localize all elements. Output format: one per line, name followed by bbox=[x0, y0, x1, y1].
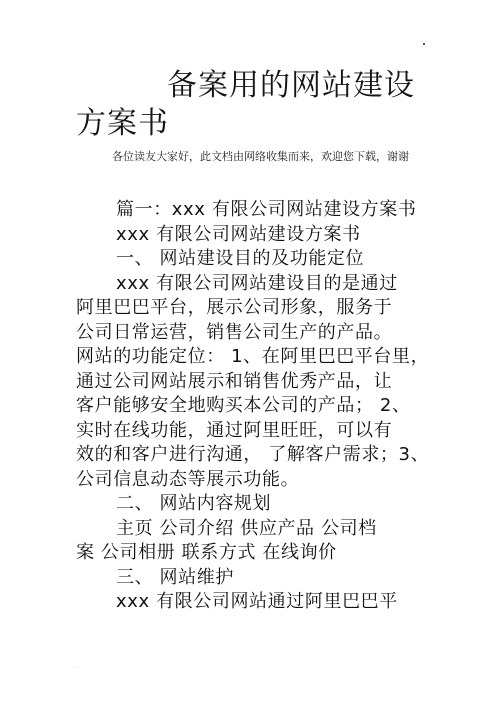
section-heading: 一、 网站建设目的及功能定位 bbox=[76, 247, 436, 272]
corner-dot-mark bbox=[423, 43, 425, 45]
body-line: 网站的功能定位： 1、在阿里巴巴平台里， bbox=[76, 345, 436, 370]
body-line: 阿里巴巴平台，展示公司形象，服务于 bbox=[76, 296, 436, 321]
body-line: xxx 有限公司网站建设方案书 bbox=[76, 223, 436, 248]
section-heading: 二、 网站内容规划 bbox=[76, 492, 436, 517]
body-line: 效的和客户进行沟通， 了解客户需求；3、 bbox=[76, 443, 436, 468]
body-line: 客户能够安全地购买本公司的产品； 2、 bbox=[76, 394, 436, 419]
document-subtitle: 各位读友大家好，此文档由网络收集而来，欢迎您下载，谢谢 bbox=[112, 150, 409, 164]
body-line: 主页 公司介绍 供应产品 公司档 bbox=[76, 517, 436, 542]
body-line: 通过公司网站展示和销售优秀产品，让 bbox=[76, 370, 436, 395]
body-line: xxx 有限公司网站建设目的是通过 bbox=[76, 272, 436, 297]
body-line: 案 公司相册 联系方式 在线询价 bbox=[76, 541, 436, 566]
document-title-line2: 方案书 bbox=[76, 106, 169, 142]
body-line: 实时在线功能，通过阿里旺旺，可以有 bbox=[76, 419, 436, 444]
document-page: 备案用的网站建设 方案书 各位读友大家好，此文档由网络收集而来，欢迎您下载，谢谢… bbox=[0, 0, 500, 708]
body-line: 篇一：xxx 有限公司网站建设方案书 bbox=[76, 198, 436, 223]
document-title-line1: 备案用的网站建设 bbox=[167, 68, 415, 104]
body-line: xxx 有限公司网站通过阿里巴巴平 bbox=[76, 590, 436, 615]
document-body: 篇一：xxx 有限公司网站建设方案书 xxx 有限公司网站建设方案书 一、 网站… bbox=[76, 198, 436, 615]
footer-mark: ... bbox=[75, 665, 79, 669]
section-heading: 三、 网站维护 bbox=[76, 566, 436, 591]
body-line: 公司日常运营，销售公司生产的产品。 bbox=[76, 321, 436, 346]
body-line: 公司信息动态等展示功能。 bbox=[76, 468, 436, 493]
